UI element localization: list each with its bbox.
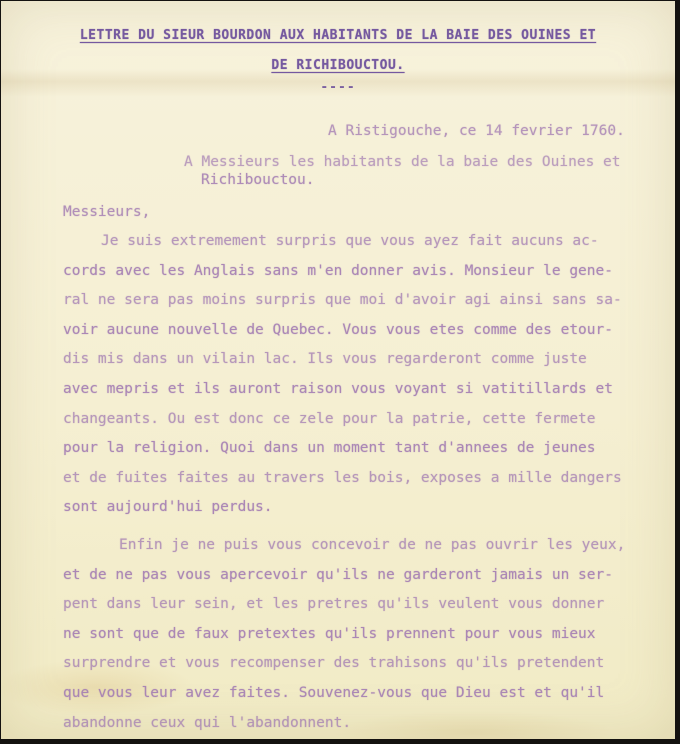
title-line-2: DE RICHIBOUCTOU. bbox=[1, 51, 675, 81]
letter-line: abandonne ceux qui l'abandonnent. bbox=[63, 709, 638, 739]
dateline: A Ristigouche, ce 14 fevrier 1760. bbox=[328, 117, 625, 147]
address-line-1: A Messieurs les habitants de la baie des… bbox=[184, 153, 621, 171]
letter-line: surprendre et vous recompenser des trahi… bbox=[63, 649, 638, 679]
letter-title: LETTRE DU SIEUR BOURDON AUX HABITANTS DE… bbox=[1, 21, 675, 81]
letter-line: sont aujourd'hui perdus. bbox=[63, 493, 638, 523]
letter-line: dis mis dans un vilain lac. Ils vous reg… bbox=[63, 345, 638, 375]
paragraph-1: Je suis extremement surpris que vous aye… bbox=[63, 227, 638, 523]
letter-line: avec mepris et ils auront raison vous vo… bbox=[63, 375, 638, 405]
letter-line: ral ne sera pas moins surpris que moi d'… bbox=[63, 286, 638, 316]
letter-line: Enfin je ne puis vous concevoir de ne pa… bbox=[63, 531, 638, 561]
salutation: Messieurs, bbox=[63, 198, 150, 228]
letter-line: pour la religion. Quoi dans un moment ta… bbox=[63, 434, 638, 464]
letter-line: cords avec les Anglais sans m'en donner … bbox=[63, 257, 638, 287]
paragraph-2: Enfin je ne puis vous concevoir de ne pa… bbox=[63, 531, 638, 738]
letter-line: ne sont que de faux pretextes qu'ils pre… bbox=[63, 620, 638, 650]
letter-line: pent dans leur sein, et les pretres qu'i… bbox=[63, 590, 638, 620]
letter-line: que vous leur avez faites. Souvenez-vous… bbox=[63, 679, 638, 709]
letter-line: voir aucune nouvelle de Quebec. Vous vou… bbox=[63, 316, 638, 346]
title-line-1: LETTRE DU SIEUR BOURDON AUX HABITANTS DE… bbox=[1, 21, 675, 51]
title-separator: ---- bbox=[1, 80, 675, 95]
letter-line: et de fuites faites au travers les bois,… bbox=[63, 464, 638, 494]
scanned-letter-page: LETTRE DU SIEUR BOURDON AUX HABITANTS DE… bbox=[1, 1, 675, 739]
letter-line: Je suis extremement surpris que vous aye… bbox=[63, 227, 638, 257]
letter-line: changeants. Ou est donc ce zele pour la … bbox=[63, 405, 638, 435]
letter-line: et de ne pas vous apercevoir qu'ils ne g… bbox=[63, 561, 638, 591]
address-line-2: Richibouctou. bbox=[201, 171, 315, 189]
